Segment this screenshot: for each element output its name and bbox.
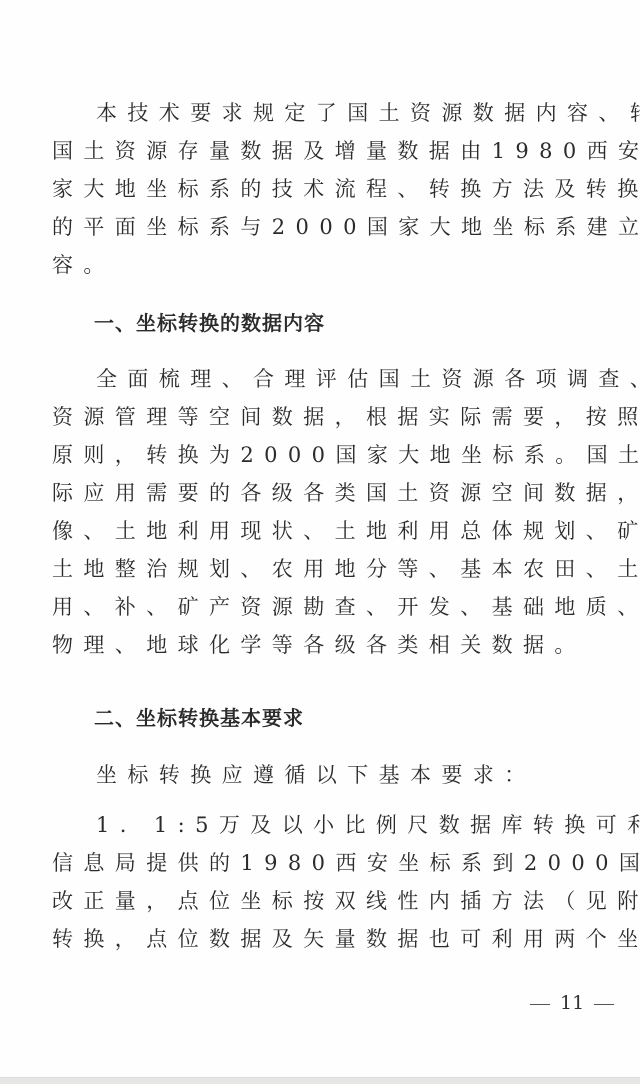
body-line: 资源管理等空间数据，根据实际需要，按照“应转尽转”的 [52,403,612,431]
page-number-value: 11 [560,992,584,1014]
body-line: 1. 1:5万及以小比例尺数据库转换可利用国家测绘地理 [96,811,612,839]
section-heading-1: 一、坐标转换的数据内容 [94,309,325,337]
body-line: 用、补、矿产资源勘查、开发、基础地质、区域地质、地球 [52,593,612,621]
dash-right-icon [594,1004,614,1005]
body-line: 土地整治规划、农用地分等、基本农田、土地资源批、供、 [52,555,612,583]
document-page: 本技术要求规定了国土资源数据内容、转换基本要求、 国土资源存量数据及增量数据由1… [0,0,640,1078]
body-line: 全面梳理、合理评估国土资源各项调查、勘界、评价、 [96,365,612,393]
body-line: 原则，转换为2000国家大地坐标系。国土资源数据应涵盖实 [52,441,612,469]
body-line: 容。 [52,251,612,279]
body-line: 像、土地利用现状、土地利用总体规划、矿产资源总体规划、 [52,517,612,545]
page-number: 11 [520,990,624,1016]
body-line: 信息局提供的1980西安坐标系到2000国家大地坐标系图幅 [52,849,612,877]
body-line: 坐标转换应遵循以下基本要求： [96,761,612,789]
body-line: 的平面坐标系与2000国家大地坐标系建立的联系方法等内 [52,213,612,241]
dash-left-icon [530,1004,550,1005]
section-heading-2: 二、坐标转换基本要求 [94,704,304,732]
body-line: 改正量，点位坐标按双线性内插方法（见附录C）进行逐点 [52,887,612,915]
body-line: 国土资源存量数据及增量数据由1980西安坐标系到2000国 [52,137,612,165]
page-bottom-edge [0,1077,640,1084]
body-line: 本技术要求规定了国土资源数据内容、转换基本要求、 [96,99,612,127]
body-line: 转换，点位数据及矢量数据也可利用两个坐标系下的重合点 [52,925,612,953]
body-line: 际应用需要的各级各类国土资源空间数据，主要包括遥感影 [52,479,612,507]
body-line: 物理、地球化学等各级各类相关数据。 [52,631,612,659]
body-line: 家大地坐标系的技术流程、转换方法及转换步骤，相对独立 [52,175,612,203]
